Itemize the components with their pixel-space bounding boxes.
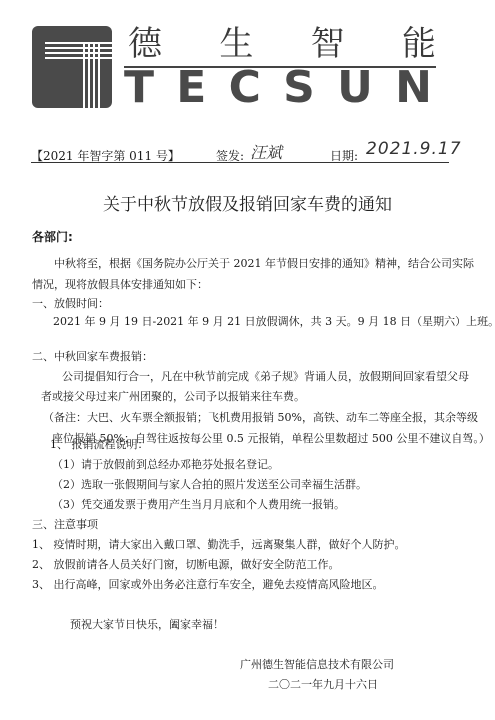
issue-date: 二〇二一年九月十六日 [268, 678, 378, 692]
brand-name-en: T E C S U N [124, 67, 436, 109]
brand-letter: S [283, 67, 319, 109]
process-step: （1）请于放假前到总经办邓艳芬处报名登记。 [52, 458, 279, 472]
logo-stripe [45, 57, 112, 59]
header-rule [31, 162, 449, 163]
section-heading: 二、中秋回家车费报销： [32, 350, 153, 364]
section-heading: 一、放假时间： [32, 297, 109, 311]
notice-item: 2、 放假前请各人员关好门窗，切断电源，做好安全防范工作。 [32, 558, 340, 572]
brand-letter: U [337, 67, 377, 109]
logo-stripe [98, 42, 100, 108]
notice-item: 3、 出行高峰，回家或外出务必注意行车安全，避免去疫情高风险地区。 [32, 578, 384, 592]
handwritten-date: 2021.9.17 [366, 139, 462, 159]
notice-item: 1、 疫情时期，请大家出入戴口罩、勤洗手，远离聚集人群，做好个人防护。 [32, 538, 406, 552]
paragraph-line: 者或接父母过来广州团聚的，公司予以报销来往车费。 [41, 390, 305, 404]
brand-char: 智 [311, 22, 345, 66]
process-step: （2）选取一张假期间与家人合拍的照片发送至公司幸福生活群。 [52, 478, 367, 492]
brand-letter: E [176, 67, 210, 109]
intro-line: 中秋将至，根据《国务院办公厅关于 2021 年节假日安排的通知》精神，结合公司实… [54, 257, 474, 271]
brand-char: 生 [219, 22, 253, 66]
logo-stripe [93, 42, 95, 108]
holiday-dates: 2021 年 9 月 19 日-2021 年 9 月 21 日放假调休，共 3 … [53, 315, 495, 329]
closing-greeting: 预祝大家节日快乐，阖家幸福！ [70, 618, 224, 632]
logo-stripe [45, 47, 112, 49]
company-logo [32, 26, 112, 108]
process-step: （3）凭交通发票于费用产生当月月底和个人费用统一报销。 [52, 498, 345, 512]
brand-char: 能 [402, 22, 436, 66]
logo-stripe [83, 42, 85, 108]
process-heading: 1、 报销流程说明： [50, 438, 149, 452]
company-signature: 广州德生智能信息技术有限公司 [240, 658, 394, 672]
brand-letter: T [124, 67, 158, 109]
note-line: （备注：大巴、火车票全额报销；飞机费用报销 50%，高铁、动车二等座全报，其余等… [43, 411, 478, 425]
paragraph-line: 公司提倡知行合一，凡在中秋节前完成《弟子规》背诵人员，放假期间回家看望父母 [62, 370, 469, 384]
document-title: 关于中秋节放假及报销回家车费的通知 [0, 190, 495, 215]
logo-stripe [45, 42, 112, 44]
signature: 汪斌 [250, 140, 282, 163]
brand-letter: N [395, 67, 436, 109]
intro-line: 情况，现将放假具体安排通知如下： [32, 278, 208, 292]
brand-letter: C [229, 67, 265, 109]
salutation: 各部门: [32, 230, 73, 244]
brand-name-cn: 德 生 智 能 [128, 22, 436, 66]
brand-char: 德 [128, 22, 162, 66]
logo-stripe [88, 42, 90, 108]
section-heading: 三、注意事项 [32, 518, 98, 532]
logo-stripe [45, 52, 112, 54]
